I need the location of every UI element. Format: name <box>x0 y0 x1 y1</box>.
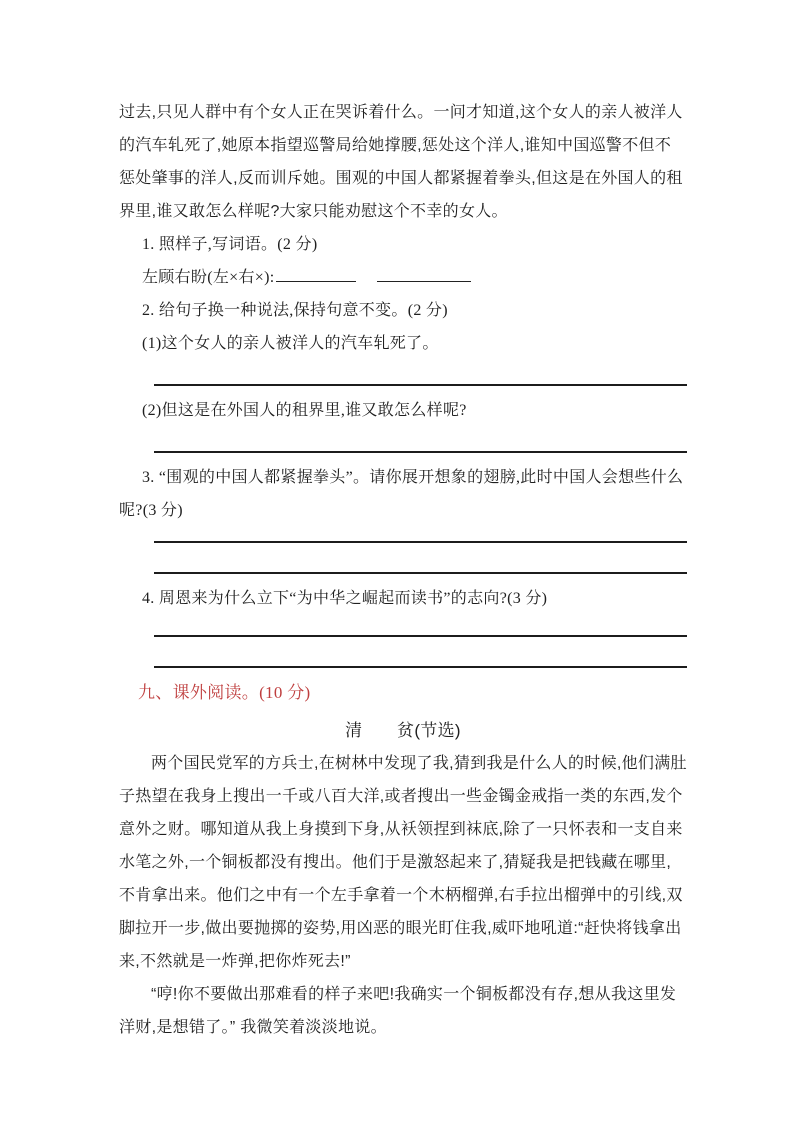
answer-line <box>154 541 687 543</box>
question-2-sub2: (2)但这是在外国人的租界里,谁又敢怎么样呢? <box>119 394 687 427</box>
answer-line <box>154 635 687 637</box>
answer-line <box>154 572 687 574</box>
document-page: 过去,只见人群中有个女人正在哭诉着什么。一问才知道,这个女人的亲人被洋人的汽车轧… <box>0 0 793 1122</box>
question-2-label: 2. 给句子换一种说法,保持句意不变。(2 分) <box>119 294 687 327</box>
passage-title: 清 贫(节选) <box>119 714 687 747</box>
section-nine-heading: 九、课外阅读。(10 分) <box>119 676 687 709</box>
fill-blank-2 <box>377 267 471 282</box>
answer-line <box>154 666 687 668</box>
passage-paragraph-2: “哼!你不要做出那难看的样子来吧!我确实一个铜板都没有存,想从我这里发洋财,是想… <box>119 978 687 1044</box>
intro-passage: 过去,只见人群中有个女人正在哭诉着什么。一问才知道,这个女人的亲人被洋人的汽车轧… <box>119 96 687 228</box>
answer-line <box>154 384 687 386</box>
question-1-label: 1. 照样子,写词语。(2 分) <box>119 228 687 261</box>
answer-line <box>154 451 687 453</box>
question-3-label: 3. “围观的中国人都紧握拳头”。请你展开想象的翅膀,此时中国人会想些什么呢?(… <box>119 461 687 527</box>
fill-prefix: 左顾右盼(左×右×): <box>142 269 274 286</box>
question-1-fill-line: 左顾右盼(左×右×): <box>119 261 687 294</box>
question-2-sub1: (1)这个女人的亲人被洋人的汽车轧死了。 <box>119 327 687 360</box>
fill-blank-1 <box>276 267 356 282</box>
question-4-label: 4. 周恩来为什么立下“为中华之崛起而读书”的志向?(3 分) <box>119 582 687 615</box>
passage-paragraph-1: 两个国民党军的方兵士,在树林中发现了我,猜到我是什么人的时候,他们满肚子热望在我… <box>119 747 687 978</box>
